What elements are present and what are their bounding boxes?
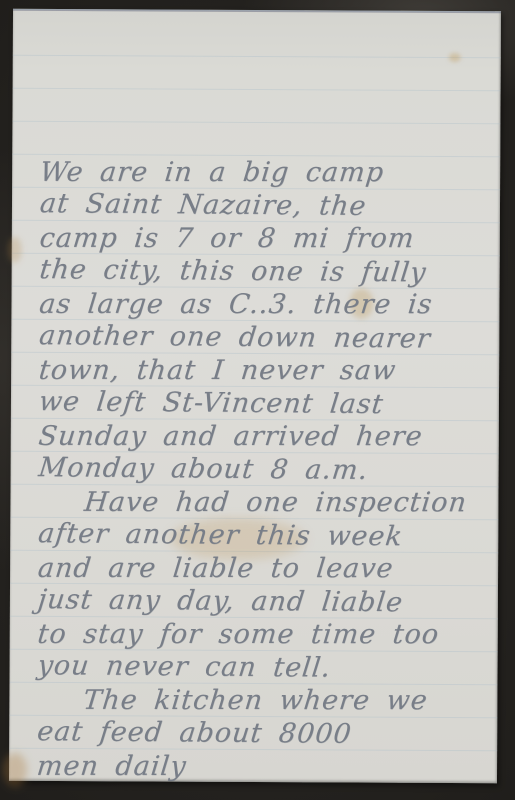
photo-background: We are in a big campat Saint Nazaire, th… bbox=[0, 0, 515, 800]
letter-line: and are liable to leave bbox=[36, 552, 492, 585]
letter-line: eat feed about 8000 bbox=[35, 715, 491, 752]
letter-line: Sunday and arrived here bbox=[37, 420, 493, 453]
letter-line: town, that I never saw bbox=[37, 354, 493, 387]
letter-line: the city, this one is fully bbox=[38, 253, 494, 290]
letter-line: camp is 7 or 8 mi from bbox=[38, 222, 494, 255]
letter-line: another one down nearer bbox=[38, 319, 494, 356]
letter-line: just any day, and liable bbox=[36, 583, 492, 620]
letter-line: Monday about 8 a.m. bbox=[37, 451, 493, 488]
letter-line: we left St-Vincent last bbox=[37, 385, 493, 422]
letter-line: after another this week bbox=[36, 517, 492, 554]
letter-line: The kitchen where we bbox=[36, 684, 492, 717]
letter-line: men daily bbox=[35, 750, 491, 783]
letter-line: you never can tell. bbox=[36, 649, 492, 686]
letter-line: Have had one inspection bbox=[37, 486, 493, 519]
letter-paper: We are in a big campat Saint Nazaire, th… bbox=[9, 9, 501, 784]
letter-line: to stay for some time too bbox=[36, 618, 492, 651]
letter-line: We are in a big camp bbox=[38, 156, 494, 189]
letter-line: as large as C..3. there is bbox=[38, 288, 494, 321]
letter-text: We are in a big campat Saint Nazaire, th… bbox=[37, 155, 492, 784]
letter-line: at Saint Nazaire, the bbox=[38, 187, 494, 224]
